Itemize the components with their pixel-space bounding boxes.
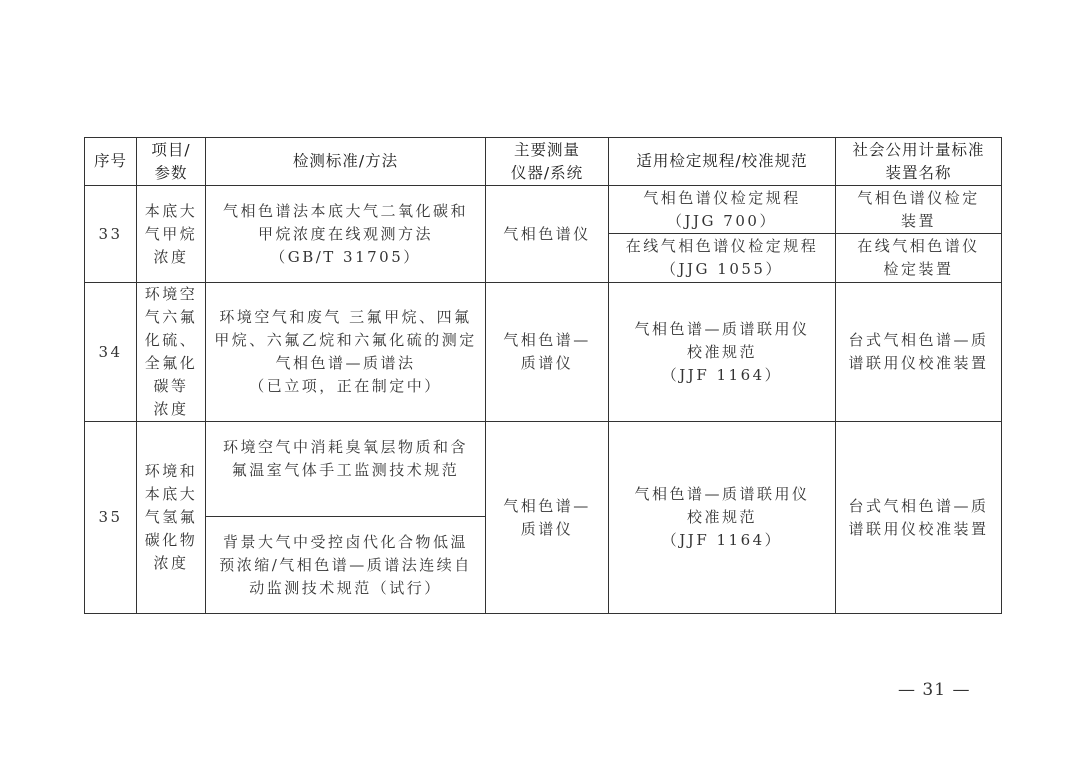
row-device: 气相色谱仪检定 装置 <box>836 186 1002 234</box>
standards-table: 序号 项目/ 参数 检测标准/方法 主要测量 仪器/系统 适用检定规程/校准规范… <box>84 137 1002 614</box>
header-main-instrument: 主要测量 仪器/系统 <box>486 138 609 186</box>
row-device: 台式气相色谱—质 谱联用仪校准装置 <box>836 283 1002 422</box>
row-serial-no: 33 <box>85 186 137 283</box>
row-item: 环境和 本底大 气氢氟 碳化物 浓度 <box>137 422 206 614</box>
row-instrument: 气相色谱— 质谱仪 <box>486 283 609 422</box>
header-verification-regulation: 适用检定规程/校准规范 <box>609 138 836 186</box>
row-method: 背景大气中受控卤代化合物低温 预浓缩/气相色谱—质谱法连续自 动监测技术规范（试… <box>206 517 486 614</box>
header-test-standard-method: 检测标准/方法 <box>206 138 486 186</box>
table-header-row: 序号 项目/ 参数 检测标准/方法 主要测量 仪器/系统 适用检定规程/校准规范… <box>85 138 1002 186</box>
row-device: 在线气相色谱仪 检定装置 <box>836 234 1002 283</box>
row-instrument: 气相色谱仪 <box>486 186 609 283</box>
row-serial-no: 35 <box>85 422 137 614</box>
row-regulation: 气相色谱仪检定规程 （JJG 700） <box>609 186 836 234</box>
table-row: 35 环境和 本底大 气氢氟 碳化物 浓度 环境空气中消耗臭氧层物质和含 氟温室… <box>85 422 1002 517</box>
row-method: 环境空气和废气 三氟甲烷、四氟 甲烷、六氟乙烷和六氟化硫的测定 气相色谱—质谱法… <box>206 283 486 422</box>
document-page: 序号 项目/ 参数 检测标准/方法 主要测量 仪器/系统 适用检定规程/校准规范… <box>0 0 1080 779</box>
row-regulation: 气相色谱—质谱联用仪 校准规范 （JJF 1164） <box>609 283 836 422</box>
header-serial-no: 序号 <box>85 138 137 186</box>
row-method: 环境空气中消耗臭氧层物质和含 氟温室气体手工监测技术规范 <box>206 422 486 517</box>
row-method: 气相色谱法本底大气二氧化碳和 甲烷浓度在线观测方法 （GB/T 31705） <box>206 186 486 283</box>
row-instrument: 气相色谱— 质谱仪 <box>486 422 609 614</box>
table-row: 33 本底大 气甲烷 浓度 气相色谱法本底大气二氧化碳和 甲烷浓度在线观测方法 … <box>85 186 1002 234</box>
row-item: 环境空 气六氟 化硫、 全氟化 碳等 浓度 <box>137 283 206 422</box>
row-serial-no: 34 <box>85 283 137 422</box>
table-row: 34 环境空 气六氟 化硫、 全氟化 碳等 浓度 环境空气和废气 三氟甲烷、四氟… <box>85 283 1002 422</box>
row-regulation: 在线气相色谱仪检定规程 （JJG 1055） <box>609 234 836 283</box>
header-item-parameter: 项目/ 参数 <box>137 138 206 186</box>
row-device: 台式气相色谱—质 谱联用仪校准装置 <box>836 422 1002 614</box>
header-public-standard-device: 社会公用计量标准 装置名称 <box>836 138 1002 186</box>
row-regulation: 气相色谱—质谱联用仪 校准规范 （JJF 1164） <box>609 422 836 614</box>
page-number: — 31 — <box>898 680 970 700</box>
row-item: 本底大 气甲烷 浓度 <box>137 186 206 283</box>
